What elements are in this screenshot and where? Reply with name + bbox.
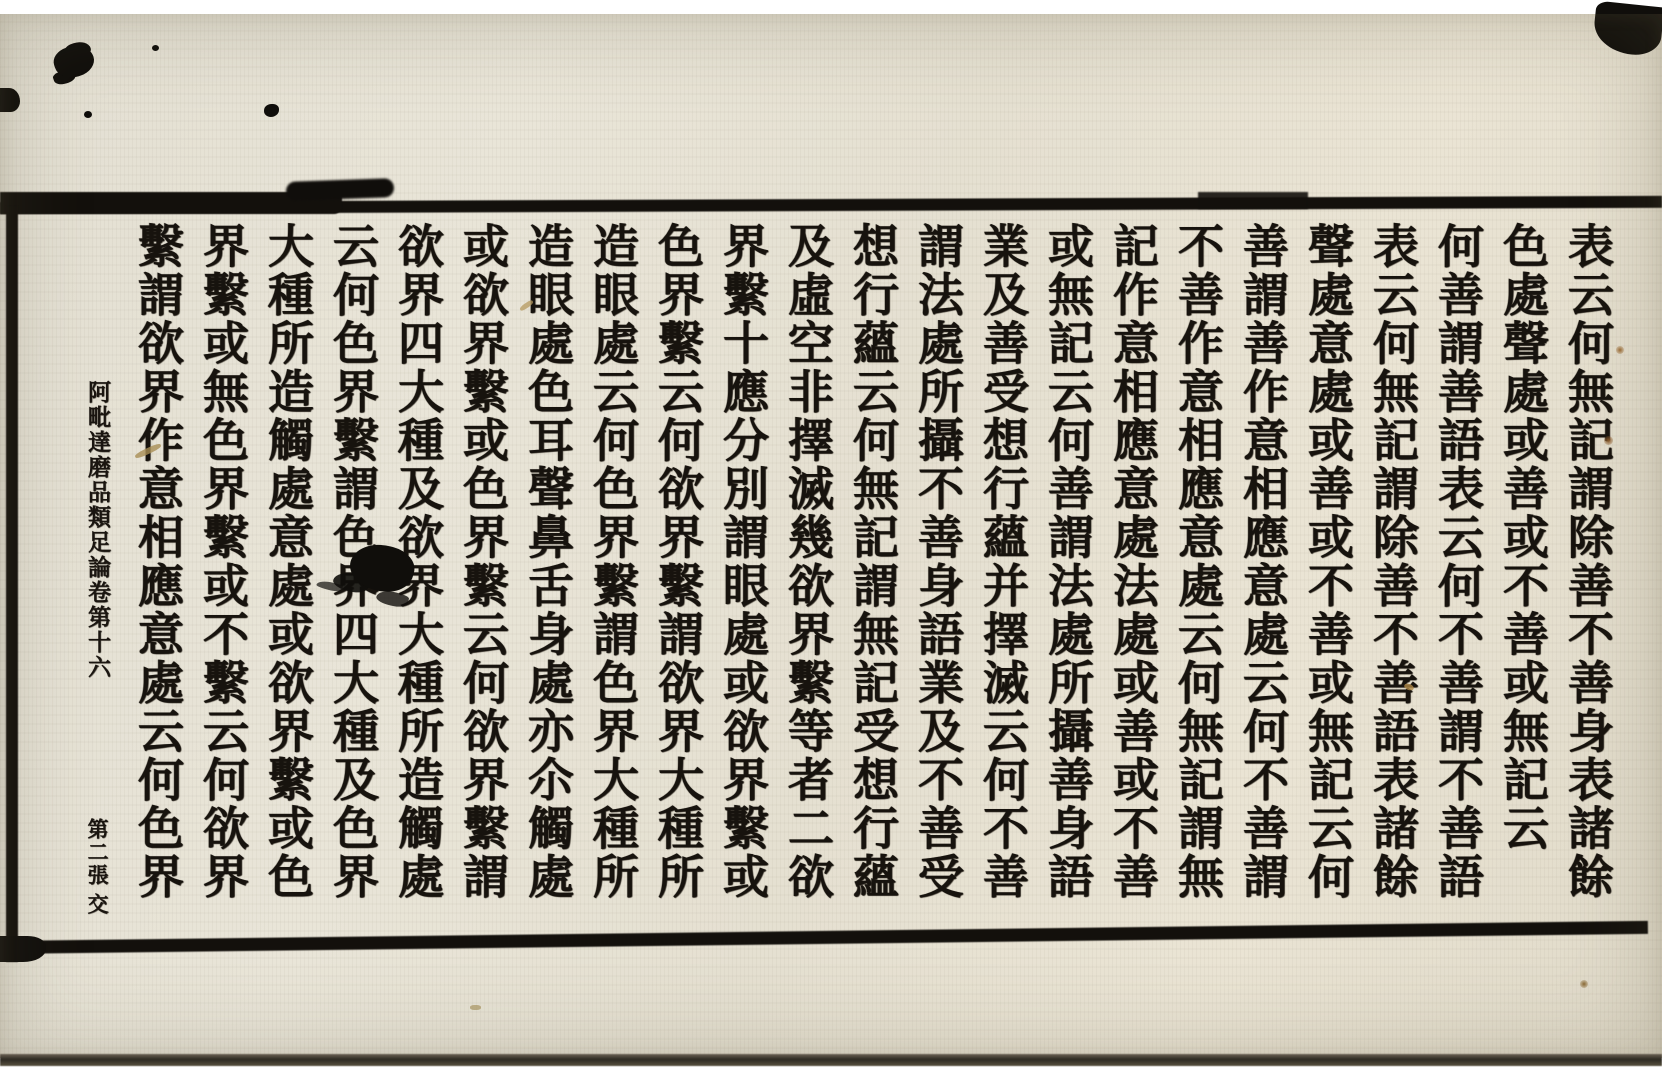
text-column-3: 何善謂善語表云何不善謂不善語 [1430,222,1486,901]
colophon-column: 阿毗達磨品類足論卷第十六 第二張 交 [82,380,112,916]
text-column-4: 表云何無記謂除善不善語表諸餘 [1365,222,1421,901]
ink-streaks [1398,934,1640,956]
text-column-18: 或欲界繫或色界繫云何欲界繫謂 [455,222,511,901]
paper-stain [1604,436,1613,445]
paper-bottom-edge-shadow [0,1054,1662,1066]
text-column-9: 或無記云何善謂法處所攝善身語 [1040,222,1096,901]
text-column-13: 及虛空非擇滅幾欲界繫等者二欲 [780,222,836,901]
text-column-8: 記作意相應意處法處或善或不善 [1105,222,1161,901]
colophon-sheet-number: 第二張 [82,818,112,887]
text-column-17: 造眼處色耳聲鼻舌身處亦尒觸處 [520,222,576,901]
text-column-15: 色界繫云何欲界繫謂欲界大種所 [650,222,706,901]
ink-speck [84,111,92,118]
text-column-12: 想行蘊云何無記謂無記受想行蘊 [845,222,901,901]
colophon-collation-mark: 交 [82,893,112,916]
colophon-title: 阿毗達磨品類足論卷第十六 [82,380,112,680]
text-column-7: 不善作意相應意處云何無記謂無 [1170,222,1226,901]
ink-speck [0,88,20,112]
ink-streaks [56,945,436,975]
ink-smudge [0,936,46,962]
woodblock-print-scan: 表云何無記謂除善不善身表諸餘色處聲處或善或不善或無記云何善謂善語表云何不善謂不善… [0,0,1662,1080]
paper-stain [1616,346,1624,354]
text-column-16: 造眼處云何色界繫謂色界大種所 [585,222,641,901]
text-column-23: 繫謂欲界作意相應意處云何色界 [130,222,186,901]
ink-smudge [286,178,395,201]
text-column-5: 聲處意處或善或不善或無記云何 [1300,222,1356,901]
text-column-1: 表云何無記謂除善不善身表諸餘 [1560,222,1616,901]
paper-sheet: 表云何無記謂除善不善身表諸餘色處聲處或善或不善或無記云何善謂善語表云何不善謂不善… [0,14,1662,1058]
text-block: 表云何無記謂除善不善身表諸餘色處聲處或善或不善或無記云何善謂善語表云何不善謂不善… [0,14,1662,1058]
paper-fiber [470,1005,481,1010]
text-column-2: 色處聲處或善或不善或無記云 [1495,222,1551,853]
text-column-14: 界繫十應分別謂眼處或欲界繫或 [715,222,771,901]
text-column-6: 善謂善作意相應意處云何不善謂 [1235,222,1291,901]
text-column-11: 謂法處所攝不善身語業及不善受 [910,222,966,901]
paper-stain [1580,980,1588,988]
ink-speck [152,45,159,51]
text-column-10: 業及善受想行蘊并擇滅云何不善 [975,222,1031,901]
text-column-22: 界繫或無色界繫或不繫云何欲界 [195,222,251,901]
text-column-21: 大種所造觸處意處或欲界繫或色 [260,222,316,901]
